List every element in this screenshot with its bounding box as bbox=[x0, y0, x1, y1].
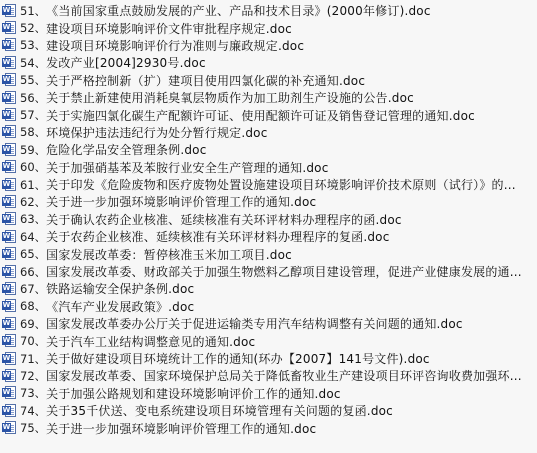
word-doc-icon: W bbox=[2, 143, 16, 157]
file-index: 73、 bbox=[20, 385, 46, 401]
file-item[interactable]: W 55、 关于严格控制新（扩）建项目使用四氯化碳的补充通知.doc bbox=[2, 72, 537, 89]
file-item[interactable]: W 61、 关于印发《危险废物和医疗废物处置设施建设项目环境影响评价技术原则（试… bbox=[2, 176, 537, 193]
word-doc-icon: W bbox=[2, 21, 16, 35]
file-name: 关于汽车工业结构调整意见的通知.doc bbox=[46, 333, 255, 350]
word-doc-icon: W bbox=[2, 421, 16, 435]
file-index: 62、 bbox=[20, 194, 46, 210]
file-item[interactable]: W 67、 铁路运输安全保护条例.doc bbox=[2, 280, 537, 297]
word-doc-icon: W bbox=[2, 247, 16, 261]
file-item[interactable]: W 70、 关于汽车工业结构调整意见的通知.doc bbox=[2, 332, 537, 349]
file-index: 59、 bbox=[20, 142, 46, 158]
file-index: 74、 bbox=[20, 403, 46, 419]
file-name: 关于加强公路规划和建设环境影响评价工作的通知.doc bbox=[46, 385, 341, 402]
word-doc-icon: W bbox=[2, 56, 16, 70]
word-doc-icon: W bbox=[2, 299, 16, 313]
file-index: 68、 bbox=[20, 298, 46, 314]
file-name: 国家发展改革委、国家环境保护总局关于降低畜牧业生产建设项目环评咨询收费加强环..… bbox=[46, 367, 522, 384]
file-item[interactable]: W 64、 关于农药企业核准、延续核准有关环评材料办理程序的复函.doc bbox=[2, 228, 537, 245]
file-name: 《当前国家重点鼓励发展的产业、产品和技术目录》(2000年修订).doc bbox=[46, 2, 430, 19]
file-name: 建设项目环境影响评价行为准则与廉政规定.doc bbox=[46, 37, 304, 54]
file-index: 58、 bbox=[20, 124, 46, 140]
file-index: 66、 bbox=[20, 264, 46, 280]
word-doc-icon: W bbox=[2, 108, 16, 122]
file-name: 关于严格控制新（扩）建项目使用四氯化碳的补充通知.doc bbox=[46, 72, 365, 89]
word-doc-icon: W bbox=[2, 212, 16, 226]
file-item[interactable]: W 71、 关于做好建设项目环境统计工作的通知(环办【2007】141号文件).… bbox=[2, 350, 537, 367]
file-index: 65、 bbox=[20, 246, 46, 262]
file-name: 关于进一步加强环境影响评价管理工作的通知.doc bbox=[46, 420, 316, 437]
word-doc-icon: W bbox=[2, 4, 16, 18]
file-name: 国家发展改革委办公厅关于促进运输类专用汽车结构调整有关问题的通知.doc bbox=[46, 315, 463, 332]
file-item[interactable]: W 57、 关于实施四氯化碳生产配额许可证、使用配额许可证及销售登记管理的通知.… bbox=[2, 106, 537, 123]
word-doc-icon: W bbox=[2, 230, 16, 244]
file-index: 63、 bbox=[20, 211, 46, 227]
file-item[interactable]: W 59、 危险化学品安全管理条例.doc bbox=[2, 141, 537, 158]
file-index: 55、 bbox=[20, 72, 46, 88]
file-item[interactable]: W 54、 发改产业[2004]2930号.doc bbox=[2, 54, 537, 71]
word-doc-icon: W bbox=[2, 38, 16, 52]
file-index: 54、 bbox=[20, 55, 46, 71]
word-doc-icon: W bbox=[2, 178, 16, 192]
word-doc-icon: W bbox=[2, 282, 16, 296]
file-index: 71、 bbox=[20, 351, 46, 367]
file-name: 关于印发《危险废物和医疗废物处置设施建设项目环境影响评价技术原则（试行）》的..… bbox=[46, 176, 516, 193]
file-name: 关于进一步加强环境影响评价管理工作的通知.doc bbox=[46, 193, 316, 210]
file-item[interactable]: W 74、 关于35千伏送、变电系统建设项目环境管理有关问题的复函.doc bbox=[2, 402, 537, 419]
file-item[interactable]: W 52、 建设项目环境影响评价文件审批程序规定.doc bbox=[2, 19, 537, 36]
file-name: 关于农药企业核准、延续核准有关环评材料办理程序的复函.doc bbox=[46, 228, 389, 245]
word-doc-icon: W bbox=[2, 195, 16, 209]
word-doc-icon: W bbox=[2, 73, 16, 87]
file-item[interactable]: W 73、 关于加强公路规划和建设环境影响评价工作的通知.doc bbox=[2, 385, 537, 402]
word-doc-icon: W bbox=[2, 386, 16, 400]
file-index: 61、 bbox=[20, 177, 46, 193]
word-doc-icon: W bbox=[2, 334, 16, 348]
file-index: 53、 bbox=[20, 37, 46, 53]
word-doc-icon: W bbox=[2, 265, 16, 279]
file-name: 发改产业[2004]2930号.doc bbox=[46, 54, 206, 71]
word-doc-icon: W bbox=[2, 125, 16, 139]
file-index: 69、 bbox=[20, 316, 46, 332]
word-doc-icon: W bbox=[2, 91, 16, 105]
file-name: 关于35千伏送、变电系统建设项目环境管理有关问题的复函.doc bbox=[46, 402, 393, 419]
file-item[interactable]: W 60、 关于加强硝基苯及苯胺行业安全生产管理的通知.doc bbox=[2, 159, 537, 176]
file-item[interactable]: W 58、 环境保护违法违纪行为处分暂行规定.doc bbox=[2, 124, 537, 141]
file-index: 75、 bbox=[20, 420, 46, 436]
file-list: W 51、 《当前国家重点鼓励发展的产业、产品和技术目录》(2000年修订).d… bbox=[2, 2, 537, 437]
word-doc-icon: W bbox=[2, 352, 16, 366]
file-name: 铁路运输安全保护条例.doc bbox=[46, 280, 194, 297]
file-item[interactable]: W 63、 关于确认农药企业核准、延续核准有关环评材料办理程序的函.doc bbox=[2, 211, 537, 228]
file-item[interactable]: W 62、 关于进一步加强环境影响评价管理工作的通知.doc bbox=[2, 193, 537, 210]
word-doc-icon: W bbox=[2, 160, 16, 174]
word-doc-icon: W bbox=[2, 317, 16, 331]
word-doc-icon: W bbox=[2, 404, 16, 418]
file-name: 《汽车产业发展政策》.doc bbox=[46, 298, 194, 315]
file-name: 环境保护违法违纪行为处分暂行规定.doc bbox=[46, 124, 267, 141]
file-name: 关于加强硝基苯及苯胺行业安全生产管理的通知.doc bbox=[46, 159, 328, 176]
word-doc-icon: W bbox=[2, 369, 16, 383]
file-index: 51、 bbox=[20, 3, 46, 19]
file-item[interactable]: W 65、 国家发展改革委：暂停核准玉米加工项目.doc bbox=[2, 245, 537, 262]
file-name: 国家发展改革委：暂停核准玉米加工项目.doc bbox=[46, 246, 292, 263]
file-item[interactable]: W 68、 《汽车产业发展政策》.doc bbox=[2, 298, 537, 315]
file-item[interactable]: W 53、 建设项目环境影响评价行为准则与廉政规定.doc bbox=[2, 37, 537, 54]
file-index: 56、 bbox=[20, 90, 46, 106]
file-index: 64、 bbox=[20, 229, 46, 245]
file-name: 关于禁止新建使用消耗臭氧层物质作为加工助剂生产设施的公告.doc bbox=[46, 89, 414, 106]
file-index: 70、 bbox=[20, 333, 46, 349]
file-item[interactable]: W 72、 国家发展改革委、国家环境保护总局关于降低畜牧业生产建设项目环评咨询收… bbox=[2, 367, 537, 384]
file-index: 57、 bbox=[20, 107, 46, 123]
file-name: 关于确认农药企业核准、延续核准有关环评材料办理程序的函.doc bbox=[46, 211, 402, 228]
file-name: 关于实施四氯化碳生产配额许可证、使用配额许可证及销售登记管理的通知.doc bbox=[46, 107, 475, 124]
file-item[interactable]: W 66、 国家发展改革委、财政部关于加强生物燃料乙醇项目建设管理，促进产业健康… bbox=[2, 263, 537, 280]
file-index: 67、 bbox=[20, 281, 46, 297]
file-name: 关于做好建设项目环境统计工作的通知(环办【2007】141号文件).doc bbox=[46, 350, 430, 367]
file-name: 国家发展改革委、财政部关于加强生物燃料乙醇项目建设管理，促进产业健康发展的通..… bbox=[46, 263, 522, 280]
file-item[interactable]: W 56、 关于禁止新建使用消耗臭氧层物质作为加工助剂生产设施的公告.doc bbox=[2, 89, 537, 106]
file-item[interactable]: W 75、 关于进一步加强环境影响评价管理工作的通知.doc bbox=[2, 419, 537, 436]
file-item[interactable]: W 69、 国家发展改革委办公厅关于促进运输类专用汽车结构调整有关问题的通知.d… bbox=[2, 315, 537, 332]
file-name: 建设项目环境影响评价文件审批程序规定.doc bbox=[46, 20, 292, 37]
file-item[interactable]: W 51、 《当前国家重点鼓励发展的产业、产品和技术目录》(2000年修订).d… bbox=[2, 2, 537, 19]
file-index: 52、 bbox=[20, 20, 46, 36]
file-name: 危险化学品安全管理条例.doc bbox=[46, 141, 206, 158]
file-index: 72、 bbox=[20, 368, 46, 384]
file-index: 60、 bbox=[20, 159, 46, 175]
